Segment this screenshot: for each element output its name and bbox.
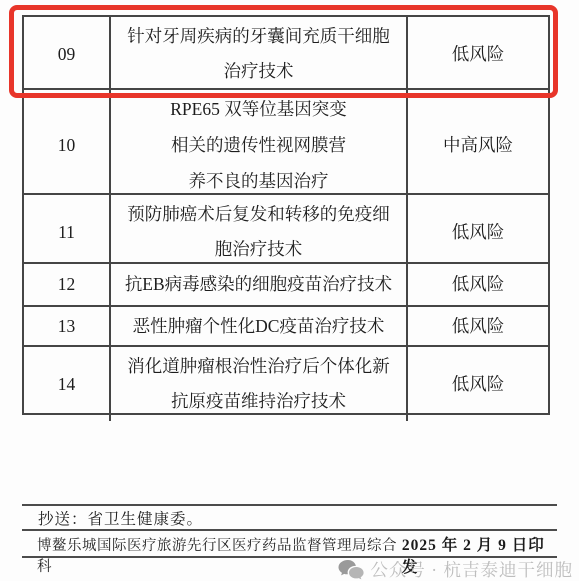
table-row: 11 预防肺癌术后复发和转移的免疫细 胞治疗技术 低风险 [24,195,548,264]
technology-name-cell: 抗EB病毒感染的细胞疫苗治疗技术 [111,264,408,305]
watermark-text: 公众号 · 杭吉泰迪干细胞 [370,557,573,581]
table-row: 13 恶性肿瘤个性化DC疫苗治疗技术 低风险 [24,307,548,347]
row-number-cell: 11 [24,195,111,269]
technology-name-cell: 预防肺癌术后复发和转移的免疫细 胞治疗技术 [111,195,408,269]
risk-level-cell: 低风险 [408,195,548,269]
table-row: 14 消化道肿瘤根治性治疗后个体化新 抗原疫苗维持治疗技术 低风险 [24,347,548,413]
row-number-cell: 13 [24,307,111,346]
row-number-cell: 09 [24,17,111,91]
technology-name-cell: 针对牙周疾病的牙囊间充质干细胞 治疗技术 [111,17,408,91]
technology-name-cell: 消化道肿瘤根治性治疗后个体化新 抗原疫苗维持治疗技术 [111,347,408,421]
table-row: 10 RPE65 双等位基因突变 相关的遗传性视网膜营 养不良的基因治疗 中高风… [24,90,548,195]
risk-level-cell: 低风险 [408,264,548,305]
technology-name-cell: 恶性肿瘤个性化DC疫苗治疗技术 [111,307,408,346]
cc-line: 抄送：省卫生健康委。 [38,507,203,529]
row-number-cell: 12 [24,264,111,305]
risk-level-cell: 低风险 [408,17,548,91]
document-page: { "highlight": { "color": "#e8352a", "pu… [0,0,579,581]
wechat-icon [338,560,364,580]
row-number-cell: 14 [24,347,111,421]
row-number-cell: 10 [24,90,111,202]
divider-line-top [22,504,557,506]
watermark: 公众号 · 杭吉泰迪干细胞 [338,557,573,581]
table-row: 12 抗EB病毒感染的细胞疫苗治疗技术 低风险 [24,264,548,307]
risk-level-cell: 中高风险 [408,90,548,202]
risk-level-cell: 低风险 [408,347,548,421]
divider-line-middle [22,529,557,531]
table-row: 09 针对牙周疾病的牙囊间充质干细胞 治疗技术 低风险 [24,17,548,90]
technology-name-cell: RPE65 双等位基因突变 相关的遗传性视网膜营 养不良的基因治疗 [111,90,408,202]
risk-level-table: 09 针对牙周疾病的牙囊间充质干细胞 治疗技术 低风险 10 RPE65 双等位… [22,15,550,415]
risk-level-cell: 低风险 [408,307,548,346]
